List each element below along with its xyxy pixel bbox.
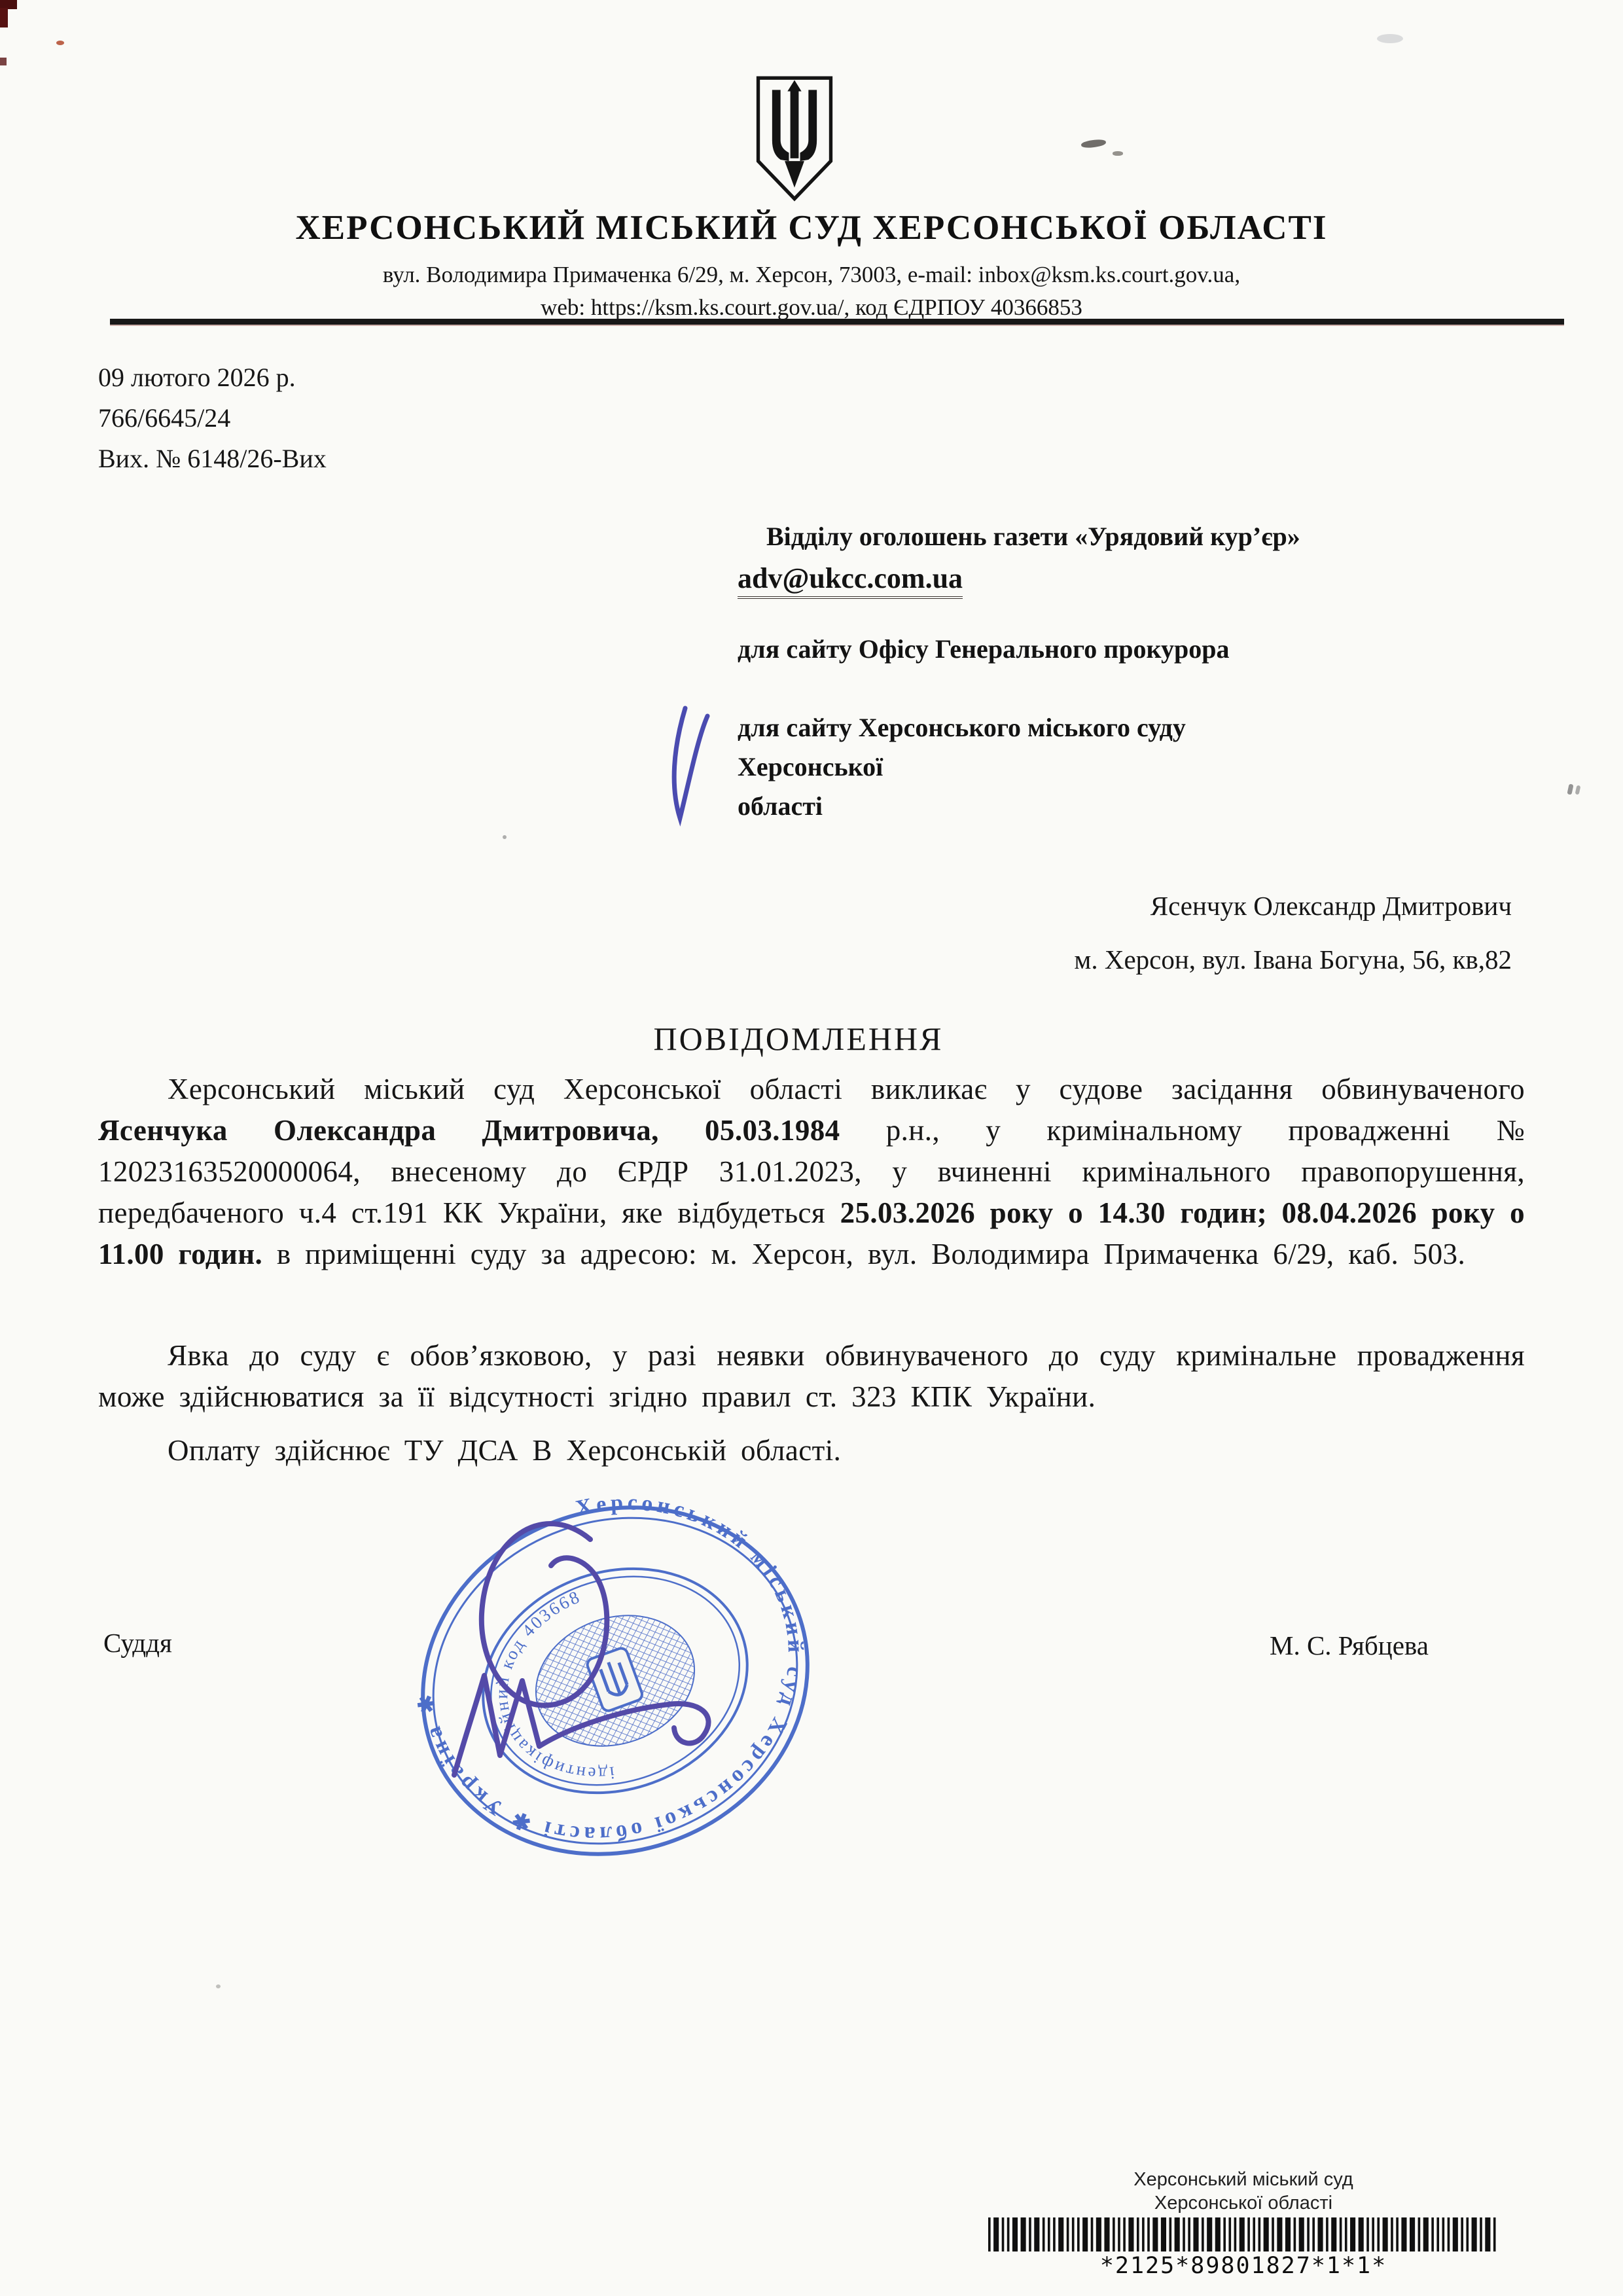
judge-signature <box>454 1524 709 1775</box>
footer-court-line1: Херсонський міський суд <box>955 2168 1531 2191</box>
svg-text:Херсонський міський суд Херсон: Херсонський міський суд Херсонської обла… <box>364 1437 859 1901</box>
scan-artifact <box>1113 151 1123 156</box>
scan-artifact <box>1080 139 1106 149</box>
notice-paragraph-attendance: Явка до суду є обов’язковою, у разі неяв… <box>98 1335 1525 1418</box>
scan-artifact <box>56 41 64 45</box>
footer-court-line2: Херсонської області <box>955 2191 1531 2215</box>
scan-artifact <box>1377 34 1403 43</box>
ukraine-trident-emblem-icon <box>751 76 838 202</box>
notice-paragraph-payment: Оплату здійснює ТУ ДСА В Херсонській обл… <box>98 1430 1525 1471</box>
outgoing-number: Вих. № 6148/26-Вих <box>98 439 327 479</box>
recipient-court-site-line2: Херсонської <box>738 751 883 782</box>
barcode <box>988 2217 1499 2251</box>
recipient-gazette-email: adv@ukcc.com.ua <box>738 562 963 599</box>
stamp-ring-text: Херсонський міський суд Херсонської обла… <box>364 1437 859 1901</box>
page-title-court-name: ХЕРСОНСЬКИЙ МІСЬКИЙ СУД ХЕРСОНСЬКОЇ ОБЛА… <box>0 208 1623 247</box>
scan-artifact <box>1567 783 1573 795</box>
stamp-center-trident-icon <box>599 1659 630 1699</box>
scan-artifact <box>0 58 7 65</box>
scanned-court-letter: ХЕРСОНСЬКИЙ МІСЬКИЙ СУД ХЕРСОНСЬКОЇ ОБЛА… <box>0 0 1623 2296</box>
footer-barcode-block: Херсонський міський суд Херсонської обла… <box>955 2168 1531 2279</box>
judge-label: Суддя <box>103 1627 172 1659</box>
stamp-center-shield <box>586 1647 644 1713</box>
letter-date: 09 лютого 2026 р. <box>98 357 296 398</box>
header-divider <box>110 319 1564 325</box>
court-address-line: вул. Володимира Примаченка 6/29, м. Херс… <box>0 262 1623 288</box>
p1-text-segment <box>659 1114 705 1147</box>
notice-title: ПОВІДОМЛЕННЯ <box>0 1020 1597 1058</box>
case-number: 766/6645/24 <box>98 398 230 439</box>
barcode-text: *2125*89801827*1*1* <box>955 2253 1531 2279</box>
judge-name: М. С. Рябцева <box>1270 1630 1429 1661</box>
recipient-court-site-line3: області <box>738 791 823 821</box>
p1-birth-date: 05.03.1984 <box>705 1114 840 1147</box>
p1-text-segment: Херсонський міський суд Херсонської обла… <box>168 1073 1525 1105</box>
court-web-line: web: https://ksm.ks.court.gov.ua/, код Є… <box>0 295 1623 321</box>
scan-artifact <box>216 1984 221 1988</box>
addressee-address: м. Херсон, вул. Івана Богуна, 56, кв,82 <box>1074 944 1512 975</box>
p1-accused-name: Ясенчука Олександра Дмитровича, <box>98 1114 659 1147</box>
addressee-name: Ясенчук Олександр Дмитрович <box>1150 890 1512 922</box>
notice-paragraph-main: Херсонський міський суд Херсонської обла… <box>98 1069 1525 1275</box>
recipient-gazette: Відділу оголошень газети «Урядовий кур’є… <box>766 521 1300 552</box>
approval-checkmark <box>674 708 707 818</box>
p1-text-segment: в приміщенні суду за адресою: м. Херсон,… <box>262 1238 1465 1270</box>
recipient-prosecutor-site: для сайту Офісу Генерального прокурора <box>738 634 1229 664</box>
recipient-court-site-line1: для сайту Херсонського міського суду <box>738 712 1186 743</box>
scan-artifact <box>503 835 507 839</box>
scan-artifact <box>1575 785 1581 795</box>
scan-artifact <box>0 8 8 27</box>
